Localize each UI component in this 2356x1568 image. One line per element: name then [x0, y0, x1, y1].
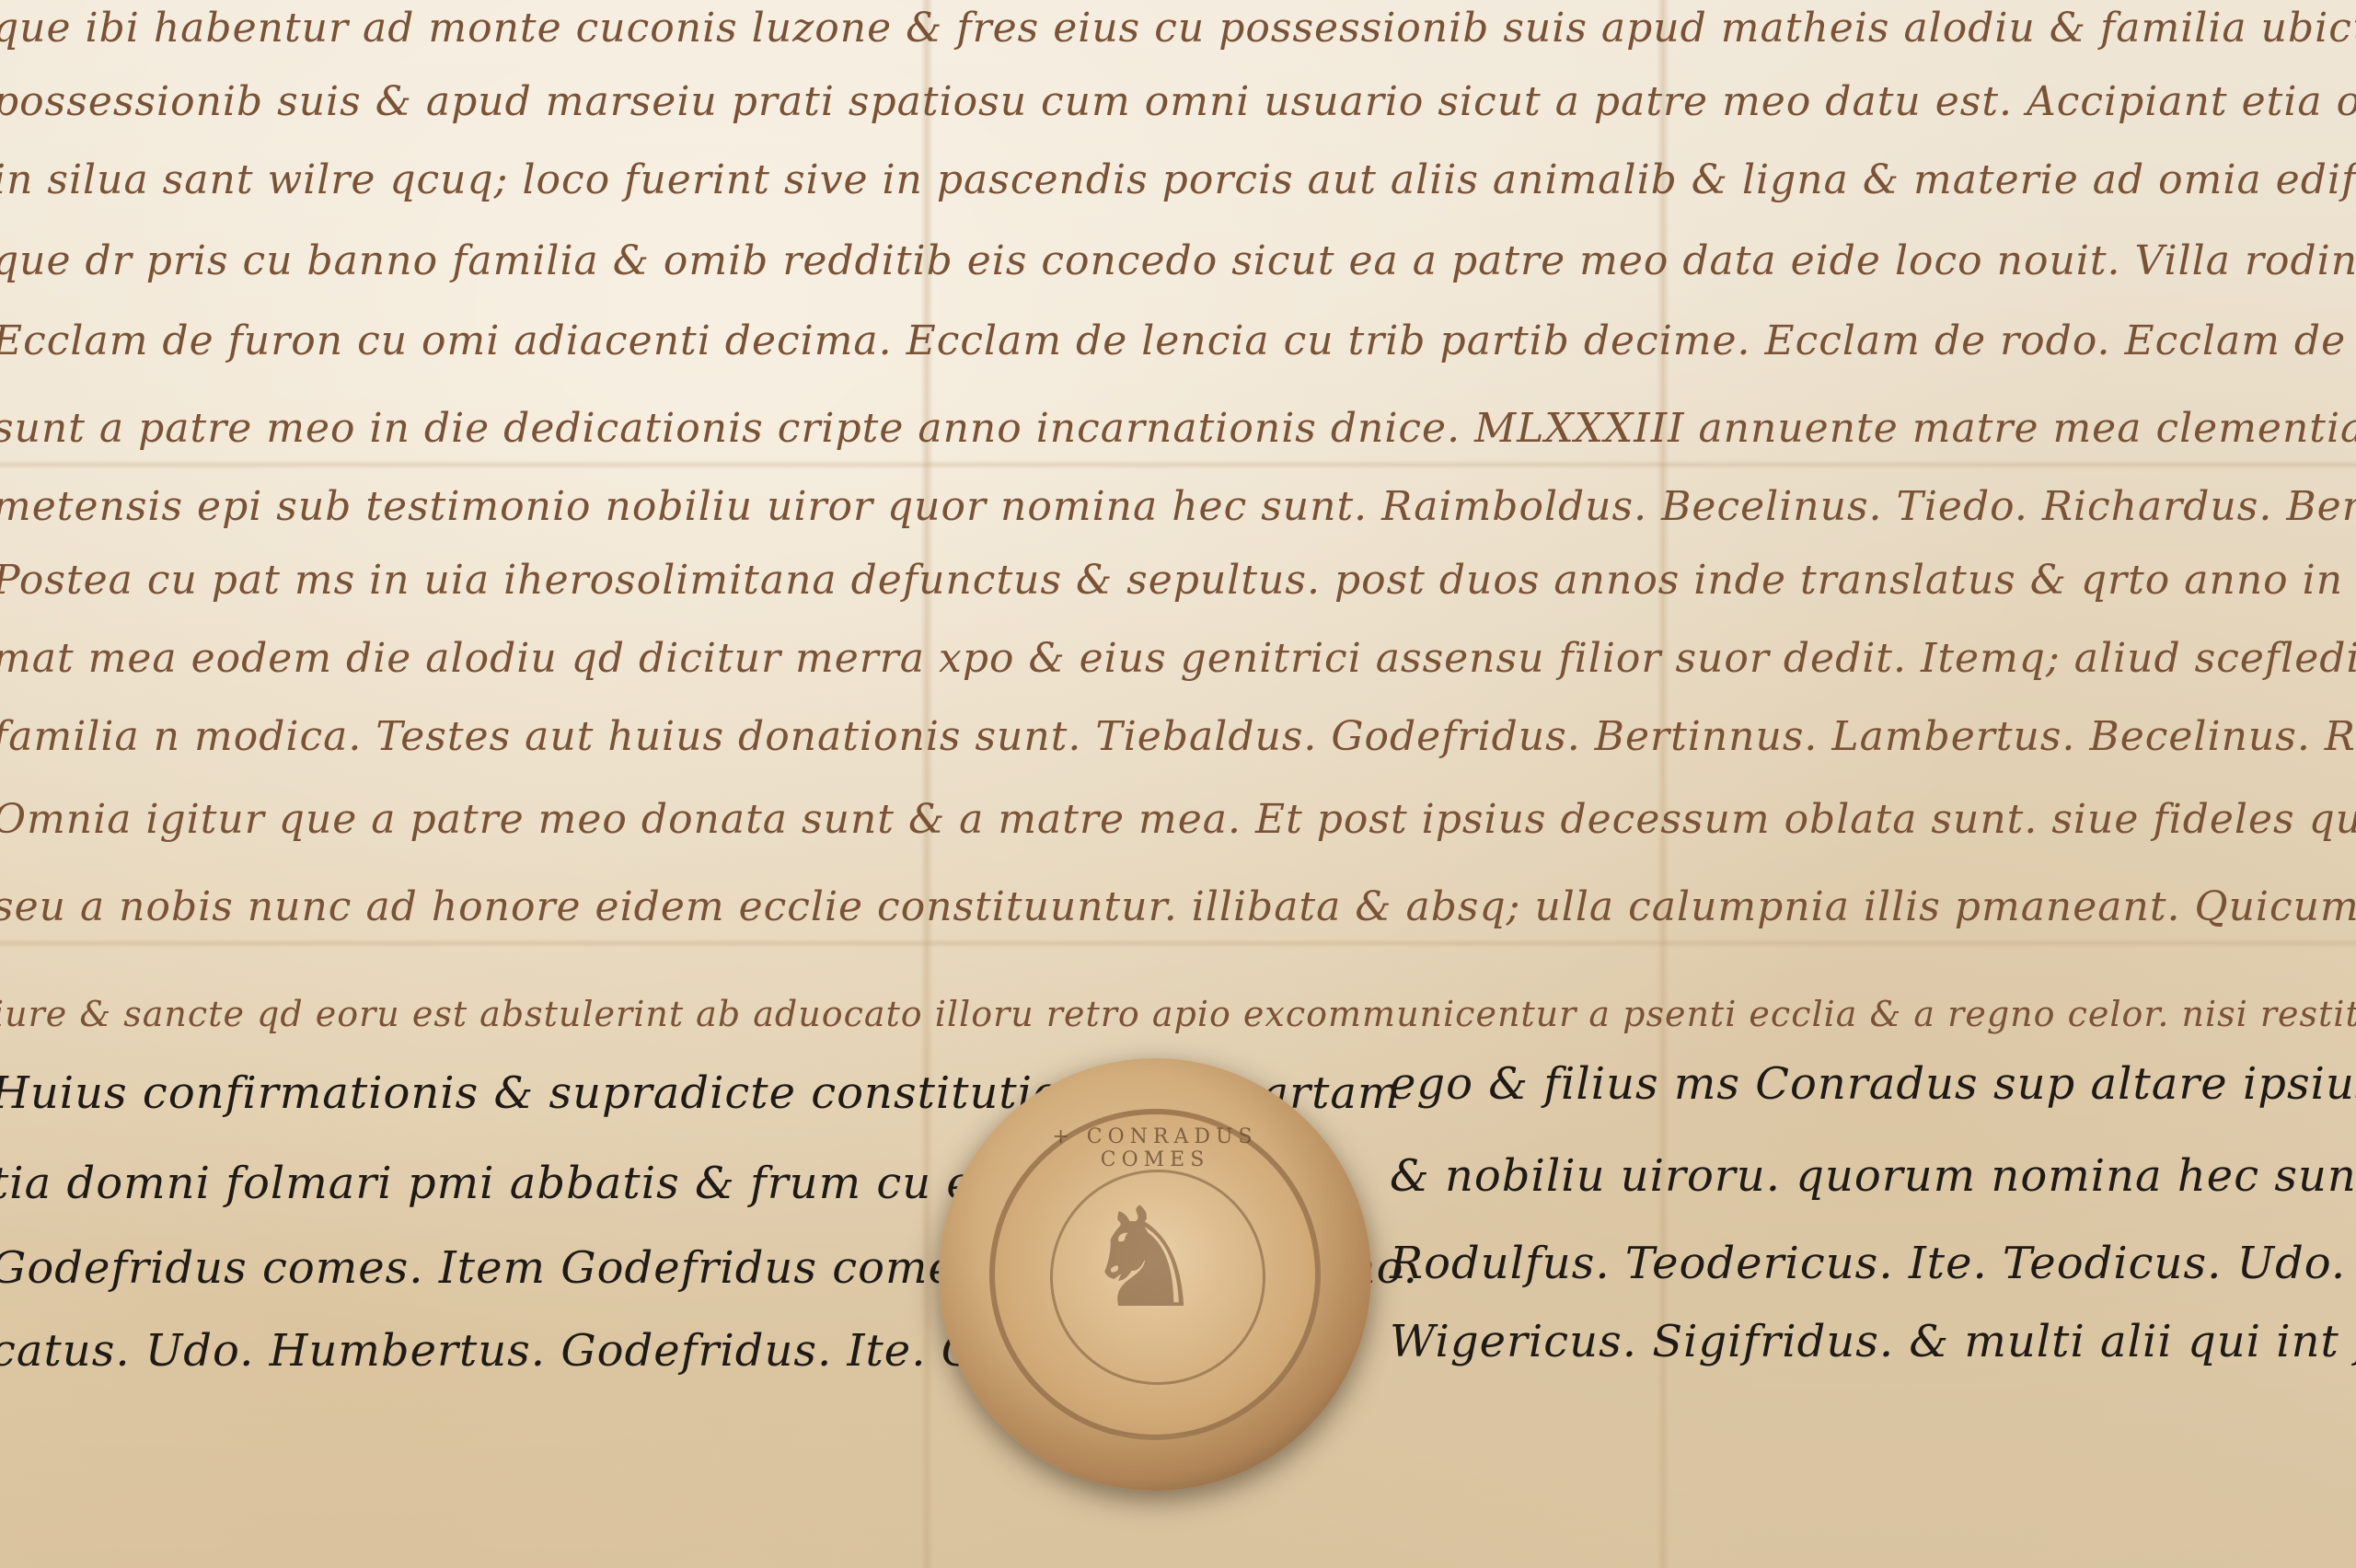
text-line: possessionib suis & apud marseiu prati s…: [0, 78, 2356, 125]
text-line: seu a nobis nunc ad honore eidem ecclie …: [0, 883, 2356, 930]
text-line: Wigericus. Sigifridus. & multi alii qui …: [1390, 1316, 2356, 1367]
seal-legend: + CONRADUS COMES: [995, 1125, 1315, 1171]
text-line: que ibi habentur ad monte cuconis luzone…: [0, 5, 2356, 52]
wax-seal: + CONRADUS COMES ♞: [939, 1058, 1371, 1491]
text-line: Omnia igitur que a patre meo donata sunt…: [0, 796, 2356, 843]
text-line: que dr pris cu banno familia & omib redd…: [0, 237, 2356, 284]
text-line: metensis epi sub testimonio nobiliu uiro…: [0, 483, 2356, 530]
text-line: mat mea eodem die alodiu qd dicitur merr…: [0, 635, 2356, 682]
text-line: ego & filius ms Conradus sup altare ipsi…: [1390, 1058, 2356, 1110]
text-line: familia n modica. Testes aut huius donat…: [0, 713, 2356, 760]
parchment-fold: [0, 460, 2356, 469]
text-line: Ecclam de furon cu omi adiacenti decima.…: [0, 317, 2356, 364]
text-line: Postea cu pat ms in uia iherosolimitana …: [0, 557, 2356, 604]
text-line: Rodulfus. Teodericus. Ite. Teodicus. Udo…: [1390, 1238, 2356, 1289]
text-line: in silua sant wilre qcuq; loco fuerint s…: [0, 156, 2356, 203]
equestrian-figure-icon: ♞: [1082, 1179, 1206, 1339]
text-line: iure & sancte qd eoru est abstulerint ab…: [0, 994, 2356, 1034]
text-line: sunt a patre meo in die dedicationis cri…: [0, 405, 2356, 452]
parchment-fold: [0, 939, 2356, 948]
text-line: & nobiliu uiroru. quorum nomina hec sunt…: [1390, 1150, 2356, 1202]
